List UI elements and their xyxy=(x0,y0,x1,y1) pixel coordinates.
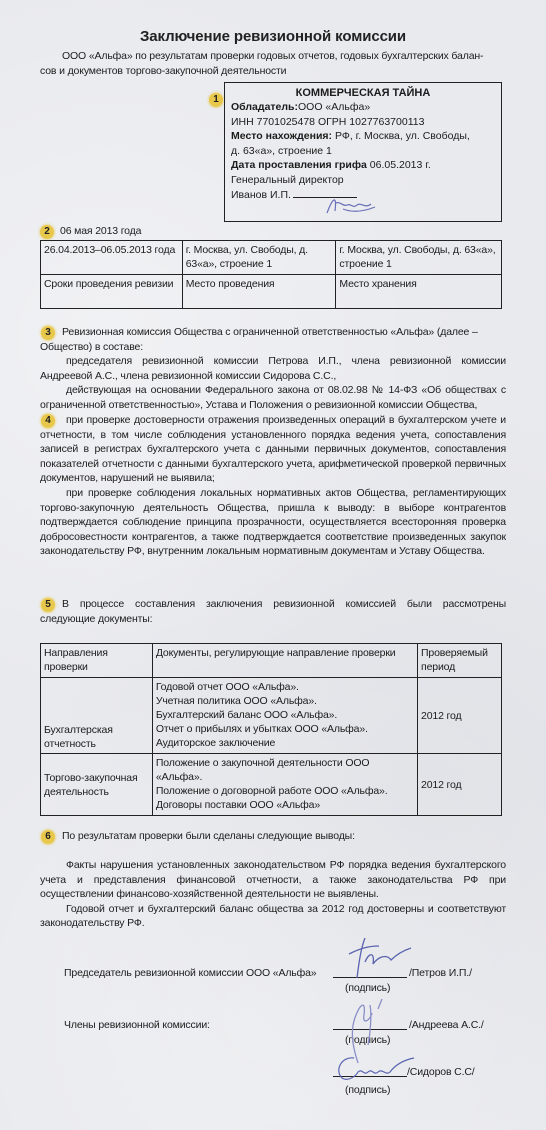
member2-signature-caption: (подпись) xyxy=(345,1083,390,1098)
procurement-check-paragraph: при проверке соблюдения локальных нормат… xyxy=(40,486,506,559)
revision-place-value: г. Москва, ул. Свободы, д. 63«а», строен… xyxy=(182,241,336,275)
document-item: Бухгалтерский баланс ООО «Альфа». xyxy=(156,708,414,722)
badge-6: 6 xyxy=(41,830,55,844)
director-signature-line xyxy=(293,197,357,198)
table-row: Сроки проведения ревизии Место проведени… xyxy=(41,275,502,309)
reviewed-documents-table: Направления проверки Документы, регулиру… xyxy=(40,643,502,816)
conclusion-reports: Годовой отчет и бухгалтерский баланс общ… xyxy=(40,902,506,931)
location-value: РФ, г. Москва, ул. Свободы, xyxy=(335,130,470,142)
intro-line-2: сов и документов торгово-закупочной деят… xyxy=(40,64,510,79)
document-item: Отчет о прибылях и убытках ООО «Альфа». xyxy=(156,722,414,736)
table-row: Бухгалтерская отчетность Годовой отчет О… xyxy=(41,678,502,754)
section2-date: 06 мая 2013 года xyxy=(60,224,141,239)
commission-composition: председателя ревизионной комиссии Петров… xyxy=(40,354,506,383)
member2-name: /Сидоров С.С/ xyxy=(407,1065,475,1080)
table-row: 26.04.2013–06.05.2013 года г. Москва, ул… xyxy=(41,241,502,275)
document-item: Годовой отчет ООО «Альфа». xyxy=(156,680,414,694)
row2-documents: Положение о закупочной деятельности ООО … xyxy=(152,754,417,816)
member1-name: /Андреева А.С./ xyxy=(409,1018,484,1033)
conclusion-violations: Факты нарушения установленных законодате… xyxy=(40,858,506,902)
section4-text: при проверке достоверности отражения про… xyxy=(40,413,506,559)
owner-value: ООО «Альфа» xyxy=(298,101,370,113)
document-item: Учетная политика ООО «Альфа». xyxy=(156,694,414,708)
document-title: Заключение ревизионной комиссии xyxy=(0,28,546,45)
intro-paragraph: ООО «Альфа» по результатам проверки годо… xyxy=(40,49,510,78)
conclusions: Факты нарушения установленных законодате… xyxy=(40,858,506,931)
chairman-signature-line xyxy=(333,965,407,978)
badge-1: 1 xyxy=(209,93,223,107)
chairman-name: /Петров И.П./ xyxy=(409,966,472,981)
revision-info-table: 26.04.2013–06.05.2013 года г. Москва, ул… xyxy=(40,240,502,309)
row2-period: 2012 год xyxy=(418,754,502,816)
intro-line-1: ООО «Альфа» по результатам проверки годо… xyxy=(40,49,510,64)
date-label: Дата проставления грифа xyxy=(231,159,367,171)
director-position: Генеральный директор xyxy=(231,173,495,188)
members-label: Члены ревизионной комиссии: xyxy=(64,1018,210,1033)
confidentiality-stamp: КОММЕРЧЕСКАЯ ТАЙНА Обладатель:ООО «Альфа… xyxy=(224,82,502,222)
document-item: Положение о закупочной деятельности ООО … xyxy=(156,756,414,784)
inn-ogrn: ИНН 7701025478 ОГРН 1027763700113 xyxy=(231,115,495,130)
header-direction: Направления проверки xyxy=(41,644,153,678)
table-header-row: Направления проверки Документы, регулиру… xyxy=(41,644,502,678)
stamp-header: КОММЕРЧЕСКАЯ ТАЙНА xyxy=(231,86,495,100)
header-documents: Документы, регулирующие направление пров… xyxy=(152,644,417,678)
owner-label: Обладатель: xyxy=(231,101,298,113)
row1-direction: Бухгалтерская отчетность xyxy=(41,678,153,754)
section6-intro: По результатам проверки были сделаны сле… xyxy=(62,829,355,844)
document-item: Аудиторское заключение xyxy=(156,736,414,750)
legal-basis: действующая на основании Федерального за… xyxy=(40,383,506,412)
chairman-label: Председатель ревизионной комиссии ООО «А… xyxy=(64,966,317,981)
date-value: 06.05.2013 г. xyxy=(370,159,431,171)
document-item: Положение о договорной работе ООО «Альфа… xyxy=(156,784,414,798)
row1-documents: Годовой отчет ООО «Альфа». Учетная полит… xyxy=(152,678,417,754)
revision-place-label: Место проведения xyxy=(182,275,336,309)
section3-text: Ревизионная комиссия Общества с ограниче… xyxy=(40,325,506,413)
document-item: Договоры поставки ООО «Альфа» xyxy=(156,798,414,812)
badge-2: 2 xyxy=(40,225,54,239)
storage-place-label: Место хранения xyxy=(336,275,502,309)
member1-signature-line xyxy=(333,1017,407,1030)
revision-period-label: Сроки проведения ревизии xyxy=(41,275,183,309)
revision-period-value: 26.04.2013–06.05.2013 года xyxy=(41,241,183,275)
member2-signature-line xyxy=(333,1064,407,1077)
storage-place-value: г. Москва, ул. Свободы, д. 63«а», строен… xyxy=(336,241,502,275)
row1-period: 2012 год xyxy=(418,678,502,754)
director-name: Иванов И.П. xyxy=(231,189,291,201)
section3-line2: Общество) в составе: xyxy=(40,340,506,355)
section5-intro: В процессе составления заключения ревизи… xyxy=(40,597,506,626)
table-row: Торгово-закупочная деятельность Положени… xyxy=(41,754,502,816)
location-value-2: д. 63«а», строение 1 xyxy=(231,144,495,159)
member1-signature-caption: (подпись) xyxy=(345,1033,390,1048)
header-period: Проверяемый период xyxy=(418,644,502,678)
chairman-signature-caption: (подпись) xyxy=(345,981,390,996)
row2-direction: Торгово-закупочная деятельность xyxy=(41,754,153,816)
location-label: Место нахождения: xyxy=(231,130,332,142)
accounting-check-paragraph: при проверке достоверности отражения про… xyxy=(40,413,506,486)
section3-line1: Ревизионная комиссия Общества с ограниче… xyxy=(40,325,506,340)
